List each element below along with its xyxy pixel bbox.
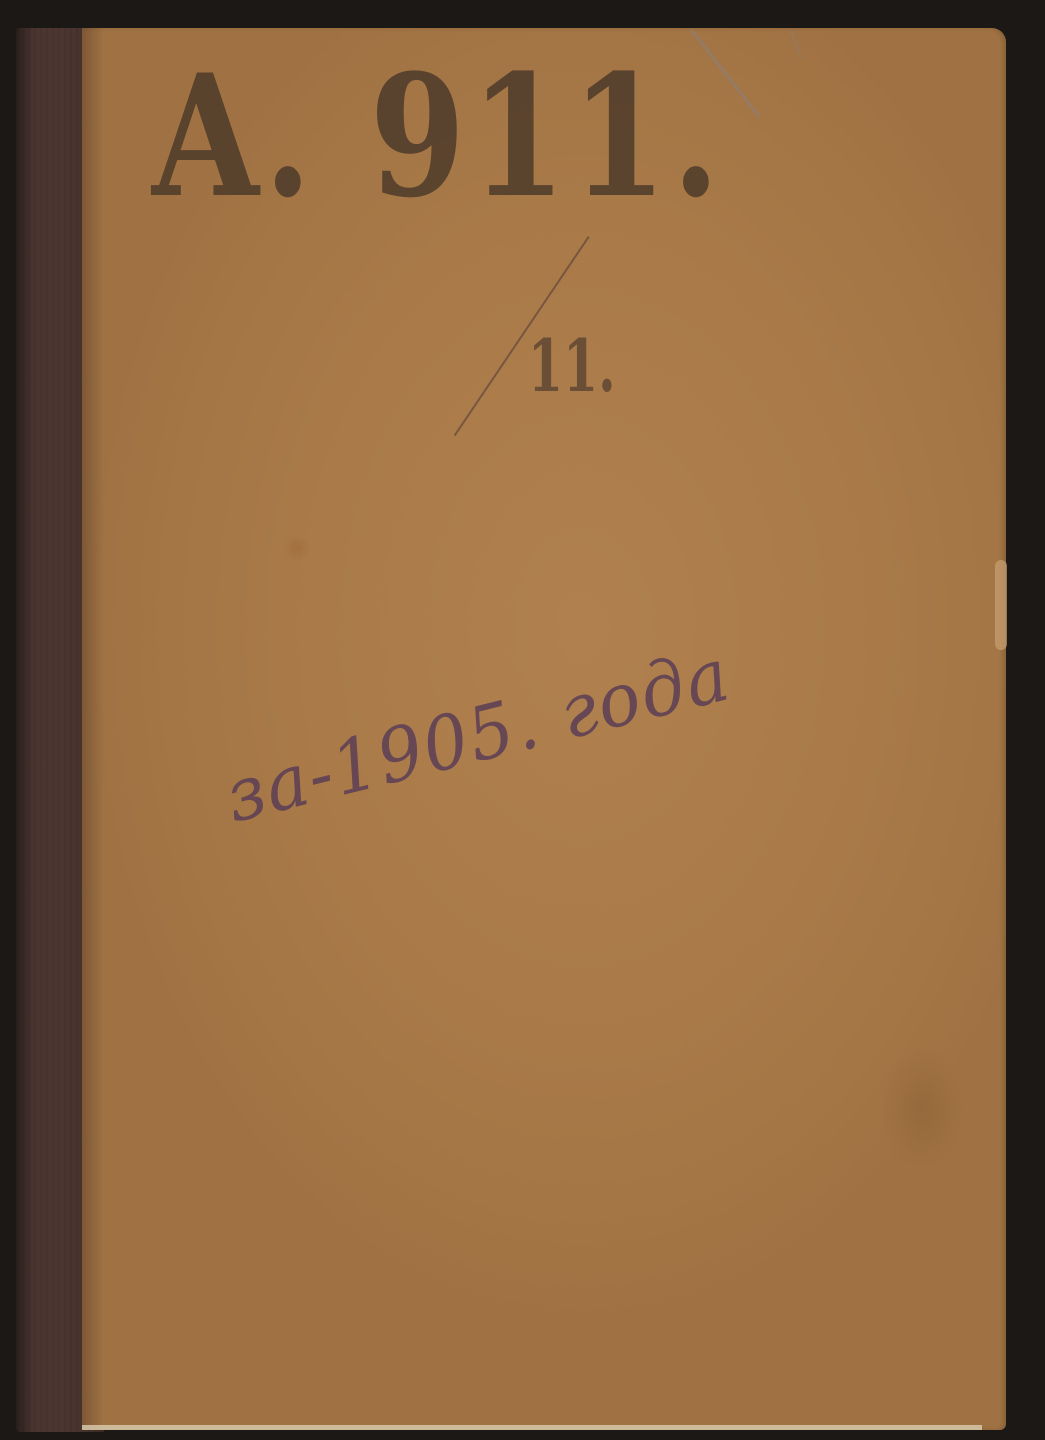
cover-fold-shadow (82, 28, 104, 1430)
archive-number-stamp: A. 911. (152, 52, 725, 220)
edge-tear (995, 560, 1007, 650)
volume-number-stamp: 11. (528, 330, 616, 402)
page-edge (82, 1425, 982, 1430)
